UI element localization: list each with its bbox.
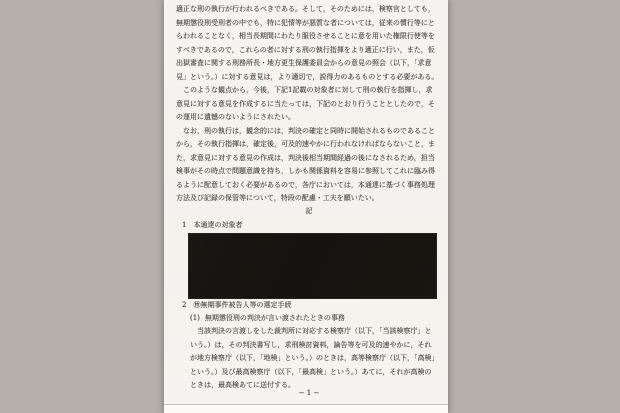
section1-title: 本通達の対象者 xyxy=(193,221,242,229)
subsection1-body: 当該判決の言渡しをした裁判所に対応する検察庁（以下，「当該検察庁」という。）は，… xyxy=(190,325,444,393)
text-line: 出獄審査に関する刑務所長・地方更生保護委員会からの意見の照会（以下，「求意 xyxy=(176,57,444,71)
text-line: から，その執行指揮は，確定後，可及的速やかに行われなければならないこと，ま xyxy=(176,138,444,152)
screenshot: 適正な刑の執行が行われるべきである。そして，そのためには，検察官としても，無期懲… xyxy=(0,0,620,413)
section2-title: ㊕無期事件被告人等の選定手続 xyxy=(193,301,291,309)
section1-number: 1 xyxy=(182,221,186,229)
document-body-text: 適正な刑の執行が行われるべきである。そして，そのためには，検察官としても，無期懲… xyxy=(176,3,444,206)
text-line: すべきであるので，これらの者に対する刑の執行指揮をより適正に行い，また，仮 xyxy=(176,44,444,58)
text-line: このような観点から，今後，下記1記載の対象者に対して刑の執行を指揮し，求 xyxy=(176,84,444,98)
text-line: らわれることなく，相当長期間にわたり服役させることに意を用いた権限行使等を xyxy=(176,30,444,44)
text-line: なお，刑の執行は，観念的には，判決の確定と同時に開始されるものであること xyxy=(176,125,444,139)
redaction-box xyxy=(188,233,437,299)
ki-label: 記 xyxy=(176,205,442,219)
subsection1-title: 無期懲役刑の判決が言い渡されたときの事務 xyxy=(205,314,345,322)
text-line: が地方検察庁（以下，「地検」という。）のときは，高等検察庁（以下，「高検」 xyxy=(190,352,444,366)
section2-number: 2 xyxy=(182,301,186,309)
text-line: 検事がその時点で問題意識を持ち，しかも関係資料を容易に参照してこれに臨み得 xyxy=(176,165,444,179)
text-line: た，求意見に対する意見の作成は，判決後相当期間経過の後になされるため，担当 xyxy=(176,152,444,166)
text-line: るように配意しておく必要があるので，各庁においては，本通達に基づく事務処理 xyxy=(176,179,444,193)
text-line: という。）及び最高検察庁（以下，「最高検」という。）あてに，それが高検の xyxy=(190,366,444,380)
page-bottom-strip xyxy=(164,405,448,413)
section2-heading: 2㊕無期事件被告人等の選定手続 xyxy=(182,299,291,313)
section1-heading: 1本通達の対象者 xyxy=(182,219,242,233)
subsection1-number: (1) xyxy=(190,314,200,322)
text-line: いう。）は，その判決書写し，求刑検討資料，論告等を可及的速やかに，それ xyxy=(190,339,444,353)
text-line: の運用に遺憾のないようにされたい。 xyxy=(176,111,444,125)
subsection1-heading: (1)無期懲役刑の判決が言い渡されたときの事務 xyxy=(190,312,345,326)
text-line: 無期懲役刑受刑者の中でも，特に犯情等が悪質な者については，従来の慣行等にと xyxy=(176,17,444,31)
text-line: 適正な刑の執行が行われるべきである。そして，そのためには，検察官としても， xyxy=(176,3,444,17)
text-line: 方法及び記録の保管等について，特段の配慮・工夫を願いたい。 xyxy=(176,192,444,206)
page-number: − 1 − xyxy=(176,387,442,401)
text-line: 見」という。）に対する意見は，より適切で，説得力のあるものとする必要がある。 xyxy=(176,71,444,85)
text-line: 意見に対する意見を作成するに当たっては，下記のとおり行うこととしたので，そ xyxy=(176,98,444,112)
text-line: 当該判決の言渡しをした裁判所に対応する検察庁（以下，「当該検察庁」と xyxy=(190,325,444,339)
